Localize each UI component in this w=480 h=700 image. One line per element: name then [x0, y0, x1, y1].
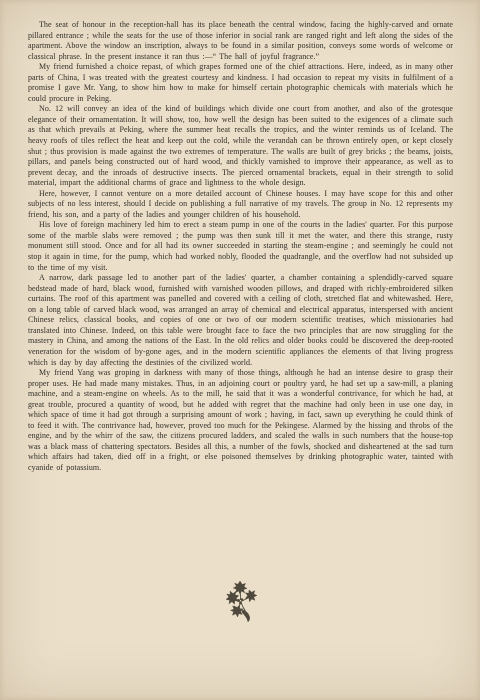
paragraph-5: His love of foreign machinery led him to…	[28, 220, 453, 273]
paragraph-1: The seat of honour in the reception-hall…	[28, 20, 453, 62]
paragraph-7: My friend Yang was groping in darkness w…	[28, 368, 453, 473]
leaf-sprig-ornament-icon	[0, 578, 480, 626]
book-page: The seat of honour in the reception-hall…	[0, 0, 480, 700]
paragraph-6: A narrow, dark passage led to another pa…	[28, 273, 453, 368]
paragraph-3: No. 12 will convey an idea of the kind o…	[28, 104, 453, 188]
paragraph-2: My friend furnished a choice repast, of …	[28, 62, 453, 104]
paragraph-4: Here, however, I cannot venture on a mor…	[28, 189, 453, 221]
body-text: The seat of honour in the reception-hall…	[28, 20, 453, 474]
